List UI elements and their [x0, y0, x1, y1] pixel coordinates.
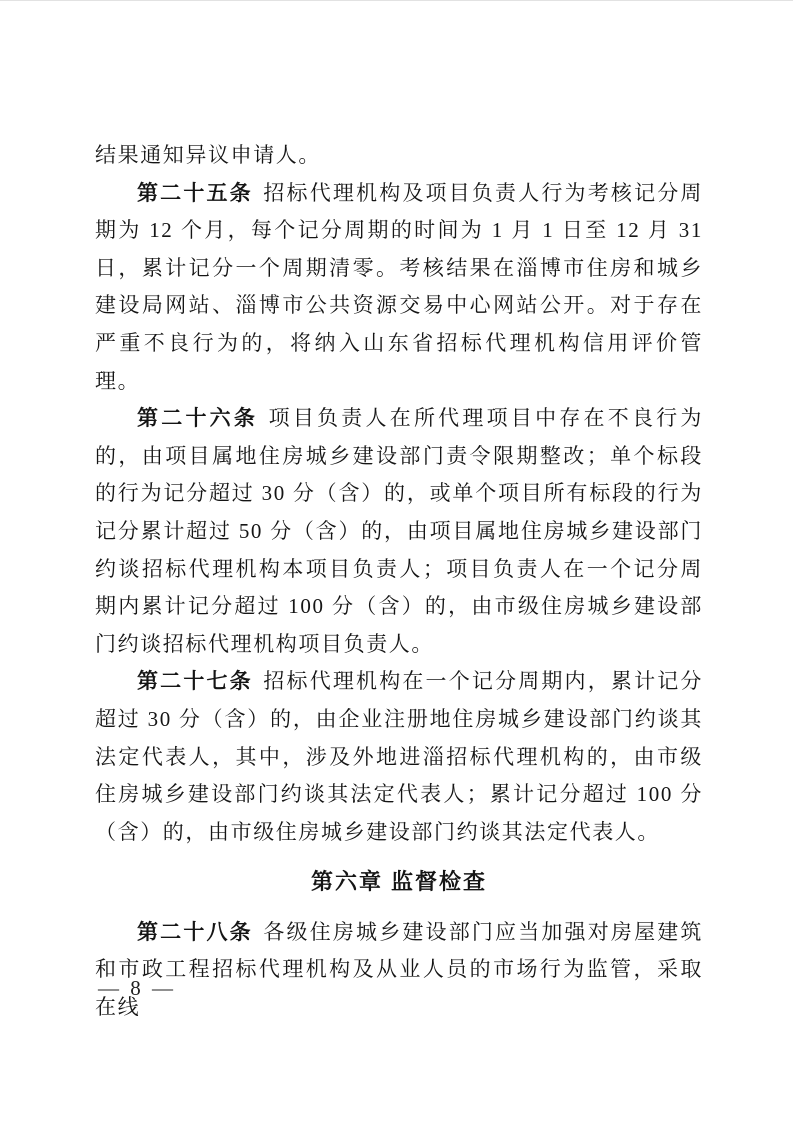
paragraph: 第二十六条项目负责人在所代理项目中存在不良行为的，由项目属地住房城乡建设部门责令… [95, 400, 703, 663]
chapter-heading: 第六章 监督检查 [95, 863, 703, 901]
paragraph: 第二十五条招标代理机构及项目负责人行为考核记分周期为 12 个月，每个记分周期的… [95, 175, 703, 401]
paragraph: 第二十八条各级住房城乡建设部门应当加强对房屋建筑和市政工程招标代理机构及从业人员… [95, 914, 703, 1027]
article-label: 第二十六条 [137, 406, 258, 430]
paragraph: 结果通知异议申请人。 [95, 137, 703, 175]
document-page: 结果通知异议申请人。第二十五条招标代理机构及项目负责人行为考核记分周期为 12 … [0, 0, 793, 1122]
article-label: 第二十八条 [137, 920, 253, 944]
document-body: 结果通知异议申请人。第二十五条招标代理机构及项目负责人行为考核记分周期为 12 … [95, 137, 703, 1027]
paragraph-text: 招标代理机构在一个记分周期内，累计记分超过 30 分（含）的，由企业注册地住房城… [95, 669, 703, 843]
page-number: — 8 — [98, 976, 176, 1000]
paragraph-text: 结果通知异议申请人。 [95, 143, 321, 167]
chapter-heading-text: 第六章 监督检查 [311, 869, 487, 894]
article-label: 第二十五条 [137, 181, 253, 205]
page-footer: — 8 — [98, 976, 176, 1001]
paragraph-text: 项目负责人在所代理项目中存在不良行为的，由项目属地住房城乡建设部门责令限期整改；… [95, 406, 703, 656]
paragraph: 第二十七条招标代理机构在一个记分周期内，累计记分超过 30 分（含）的，由企业注… [95, 663, 703, 851]
article-label: 第二十七条 [137, 669, 253, 693]
paragraph-text: 招标代理机构及项目负责人行为考核记分周期为 12 个月，每个记分周期的时间为 1… [95, 181, 703, 393]
